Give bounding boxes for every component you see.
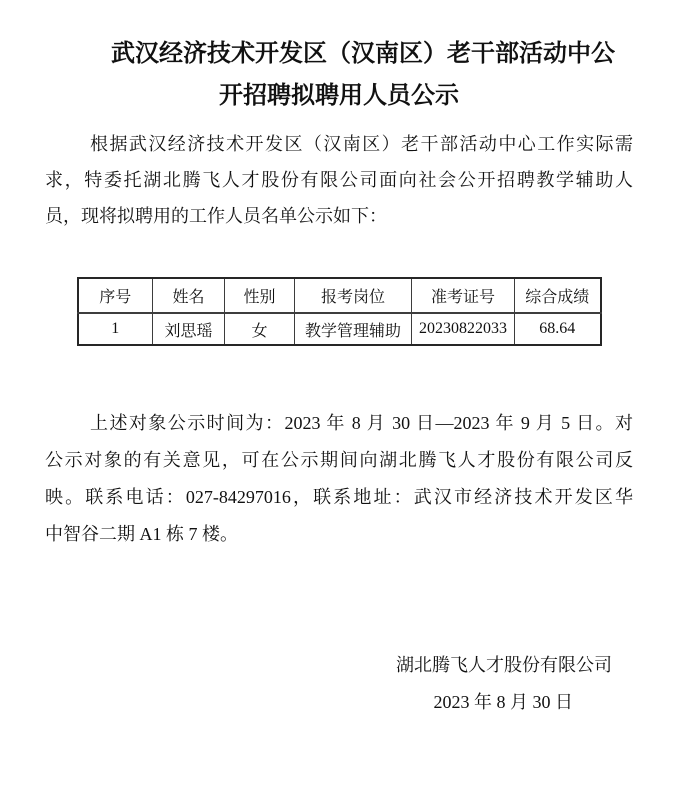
signature-company: 湖北腾飞人才股份有限公司 <box>45 647 633 684</box>
header-cell-name: 姓名 <box>153 278 225 313</box>
header-cell-ticket-number: 准考证号 <box>412 278 515 313</box>
title-line-2: 开招聘拟聘用人员公示 <box>45 75 633 117</box>
table-row: 1 刘思瑶 女 教学管理辅助 20230822033 68.64 <box>78 313 601 345</box>
announcement-document: 武汉经济技术开发区（汉南区）老干部活动中公 开招聘拟聘用人员公示 根据武汉经济技… <box>0 0 676 808</box>
cell-name: 刘思瑶 <box>153 313 225 345</box>
document-title: 武汉经济技术开发区（汉南区）老干部活动中公 开招聘拟聘用人员公示 <box>45 33 633 117</box>
cell-score: 68.64 <box>515 313 601 345</box>
title-line-1: 武汉经济技术开发区（汉南区）老干部活动中公 <box>45 33 633 75</box>
header-cell-gender: 性别 <box>225 278 295 313</box>
notice-paragraph-line-2: 公示对象的有关意见，可在公示期间向湖北腾飞人才股份有限公司反 <box>45 442 633 479</box>
cell-position: 教学管理辅助 <box>295 313 412 345</box>
table-header-row: 序号 姓名 性别 报考岗位 准考证号 综合成绩 <box>78 278 601 313</box>
notice-paragraph: 上述对象公示时间为：2023 年 8 月 30 日—2023 年 9 月 5 日… <box>45 405 633 553</box>
header-cell-score: 综合成绩 <box>515 278 601 313</box>
intro-paragraph-line-1: 根据武汉经济技术开发区（汉南区）老干部活动中心工作实际需 <box>45 126 633 162</box>
intro-paragraph-line-3: 员，现将拟聘用的工作人员名单公示如下： <box>45 198 633 234</box>
candidate-table: 序号 姓名 性别 报考岗位 准考证号 综合成绩 1 刘思瑶 女 教学管理辅助 2… <box>77 277 602 346</box>
cell-ticket-number: 20230822033 <box>412 313 515 345</box>
cell-serial: 1 <box>78 313 153 345</box>
notice-paragraph-line-4: 中智谷二期 A1 栋 7 楼。 <box>45 516 633 553</box>
notice-paragraph-line-1: 上述对象公示时间为：2023 年 8 月 30 日—2023 年 9 月 5 日… <box>45 405 633 442</box>
signature-date: 2023 年 8 月 30 日 <box>45 684 633 721</box>
header-cell-position: 报考岗位 <box>295 278 412 313</box>
intro-paragraph: 根据武汉经济技术开发区（汉南区）老干部活动中心工作实际需 求，特委托湖北腾飞人才… <box>45 126 633 234</box>
page: { "page": { "background_color": "#ffffff… <box>0 0 676 808</box>
notice-paragraph-line-3: 映。联系电话：027-84297016，联系地址：武汉市经济技术开发区华 <box>45 479 633 516</box>
cell-gender: 女 <box>225 313 295 345</box>
intro-paragraph-line-2: 求，特委托湖北腾飞人才股份有限公司面向社会公开招聘教学辅助人 <box>45 162 633 198</box>
header-cell-serial: 序号 <box>78 278 153 313</box>
